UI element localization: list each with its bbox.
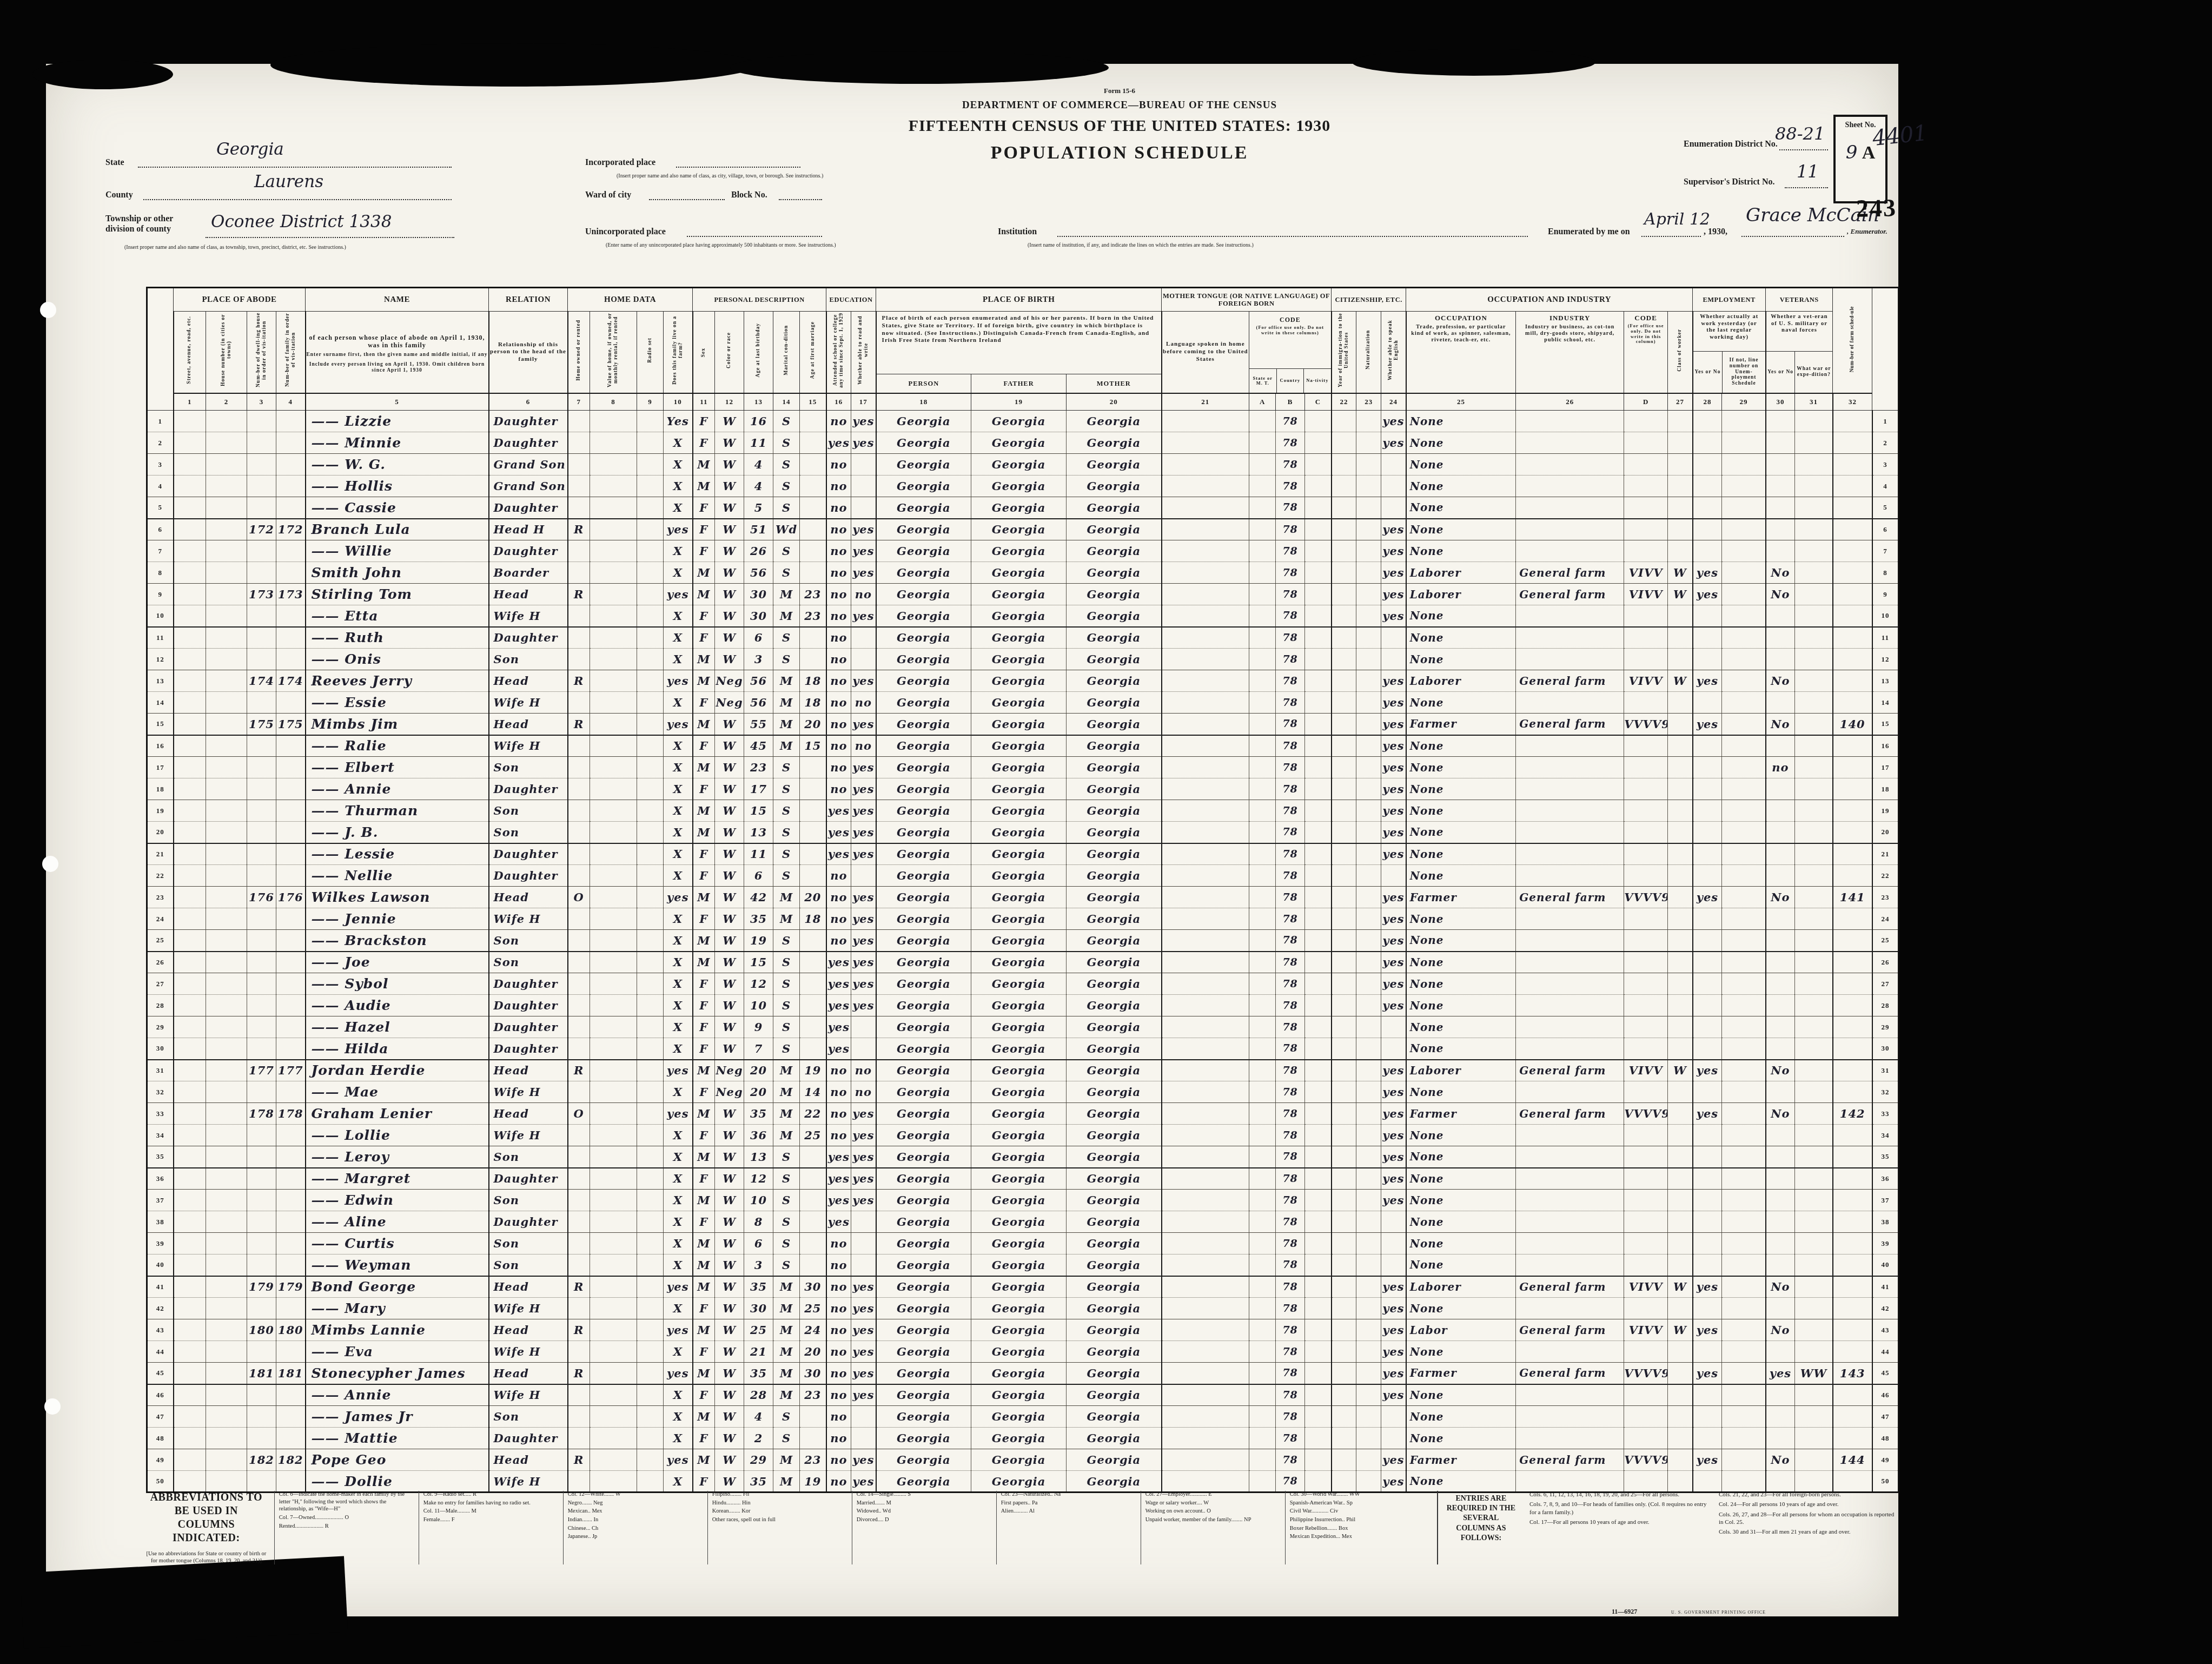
cell-dw <box>247 1341 276 1363</box>
cell-age: 30 <box>744 605 773 627</box>
cell-own: O <box>568 1103 590 1125</box>
cell-rw: yes <box>851 1146 876 1168</box>
cell-ind: General farm <box>1516 887 1624 908</box>
cell-rel: Wife H <box>489 1341 568 1363</box>
cell-work <box>1693 800 1722 822</box>
cell-hn <box>206 1341 247 1363</box>
cell-ln: 26 <box>147 952 174 973</box>
cell-rw <box>851 649 876 670</box>
cell-imm <box>1332 973 1356 995</box>
cell-war <box>1795 692 1833 714</box>
cell-vet <box>1766 1038 1795 1060</box>
cell-nat <box>1356 1168 1381 1190</box>
cell-codeD: VIVV <box>1624 1060 1668 1081</box>
cell-cC <box>1305 605 1332 627</box>
cell-vet <box>1766 1298 1795 1319</box>
column-veteran-yesno: Yes or No <box>1766 352 1795 393</box>
cell-nat <box>1356 822 1381 843</box>
cell-rw: yes <box>851 887 876 908</box>
cell-cA <box>1249 1276 1276 1298</box>
table-row: 23176176Wilkes LawsonHeadOyesMW42M20noye… <box>147 887 1899 908</box>
block-label: Block No. <box>731 190 767 200</box>
cell-cC <box>1305 1081 1332 1103</box>
cell-vet <box>1766 1233 1795 1254</box>
table-row: 1—— LizzieDaughterYesFW16SnoyesGeorgiaGe… <box>147 411 1899 432</box>
cell-bp: Georgia <box>876 1168 971 1190</box>
cell-bf: Georgia <box>971 1384 1067 1406</box>
entries-title: ENTRIES ARE REQUIRED IN THE SEVERAL COLU… <box>1437 1491 1522 1564</box>
cell-fam <box>276 757 306 778</box>
column-street: Street, avenue, road, etc. <box>174 312 206 394</box>
column-relation-description: Relationship of this person to the head … <box>489 312 568 394</box>
cell-agm: 18 <box>800 670 826 692</box>
abbreviation-item: Col. 30—World War........ WW <box>1290 1491 1425 1498</box>
cell-name: —— Minnie <box>306 432 489 454</box>
cell-imm <box>1332 735 1356 757</box>
cell-cC <box>1305 627 1332 649</box>
incorporated-line <box>676 167 800 168</box>
cell-age: 13 <box>744 1146 773 1168</box>
cell-bf: Georgia <box>971 540 1067 562</box>
cell-dw <box>247 1298 276 1319</box>
cell-st <box>174 540 206 562</box>
cell-nat <box>1356 432 1381 454</box>
cell-rel: Daughter <box>489 778 568 800</box>
cell-cC <box>1305 1406 1332 1428</box>
cell-rel: Head <box>489 670 568 692</box>
cell-imm <box>1332 1168 1356 1190</box>
cell-agm <box>800 1168 826 1190</box>
cell-vet <box>1766 411 1795 432</box>
cell-war <box>1795 1341 1833 1363</box>
cell-mar: S <box>773 1233 800 1254</box>
cell-lang <box>1162 1363 1249 1384</box>
cell-fs: 144 <box>1833 1449 1872 1471</box>
cell-cA <box>1249 1038 1276 1060</box>
table-row: 24—— JennieWife HXFW35M18noyesGeorgiaGeo… <box>147 908 1899 930</box>
cell-age: 29 <box>744 1449 773 1471</box>
cell-radio <box>637 822 664 843</box>
census-title: FIFTEENTH CENSUS OF THE UNITED STATES: 1… <box>773 117 1466 135</box>
cell-imm <box>1332 692 1356 714</box>
cell-eng: yes <box>1381 1103 1406 1125</box>
cell-imm <box>1332 1319 1356 1341</box>
cell-occ: None <box>1406 1211 1516 1233</box>
cell-cC <box>1305 865 1332 887</box>
column-number: 27 <box>1668 393 1693 411</box>
group-mother-tongue: MOTHER TONGUE (OR NATIVE LANGUAGE) OF FO… <box>1162 288 1332 312</box>
cell-eng: yes <box>1381 995 1406 1016</box>
cell-war <box>1795 778 1833 800</box>
cell-codeD <box>1624 605 1668 627</box>
cell-rw: yes <box>851 605 876 627</box>
cell-bp: Georgia <box>876 952 971 973</box>
cell-sch: yes <box>826 1190 851 1211</box>
cell-bf: Georgia <box>971 454 1067 476</box>
cell-bp: Georgia <box>876 540 971 562</box>
cell-ind <box>1516 1168 1624 1190</box>
cell-nat <box>1356 1103 1381 1125</box>
cell-sch: no <box>826 605 851 627</box>
column-marital: Marital con-dition <box>773 312 800 394</box>
cell-occ: None <box>1406 908 1516 930</box>
cell-sex: F <box>693 692 715 714</box>
cell-cls <box>1668 649 1693 670</box>
cell-bf: Georgia <box>971 757 1067 778</box>
cell-ind <box>1516 1471 1624 1493</box>
column-number: 21 <box>1162 393 1249 411</box>
abbreviation-item: Chinese... Ch <box>568 1525 703 1533</box>
cell-lang <box>1162 432 1249 454</box>
cell-name: —— Nellie <box>306 865 489 887</box>
cell-hn <box>206 540 247 562</box>
cell-codeD <box>1624 1298 1668 1319</box>
column-number: 17 <box>851 393 876 411</box>
cell-vet: yes <box>1766 1363 1795 1384</box>
cell-cC <box>1305 1319 1332 1341</box>
cell-hn <box>206 865 247 887</box>
line-number-column <box>147 288 174 411</box>
cell-rw <box>851 1233 876 1254</box>
cell-hn <box>206 908 247 930</box>
cell-sex: F <box>693 497 715 519</box>
cell-bf: Georgia <box>971 1125 1067 1146</box>
cell-lnr: 21 <box>1872 843 1899 865</box>
cell-eng <box>1381 1406 1406 1428</box>
cell-nat <box>1356 887 1381 908</box>
cell-bm: Georgia <box>1067 778 1162 800</box>
cell-lang <box>1162 1406 1249 1428</box>
cell-unemp <box>1722 1276 1766 1298</box>
cell-own <box>568 692 590 714</box>
cell-bm: Georgia <box>1067 649 1162 670</box>
entries-item: Cols. 6, 11, 12, 13, 14, 16, 18, 19, 20,… <box>1529 1491 1708 1498</box>
cell-bm: Georgia <box>1067 800 1162 822</box>
cell-codeD: VVVV98 <box>1624 887 1668 908</box>
abbreviation-item: Female....... F <box>423 1516 559 1524</box>
cell-ind <box>1516 735 1624 757</box>
cell-farm: X <box>664 1211 693 1233</box>
cell-agm <box>800 822 826 843</box>
cell-ln: 34 <box>147 1125 174 1146</box>
cell-lang <box>1162 1428 1249 1449</box>
cell-bp: Georgia <box>876 497 971 519</box>
cell-cC <box>1305 1254 1332 1276</box>
table-row: 31177177Jordan HerdieHeadRyesMNeg20M19no… <box>147 1060 1899 1081</box>
cell-bp: Georgia <box>876 1276 971 1298</box>
cell-farm: X <box>664 865 693 887</box>
cell-fs <box>1833 1428 1872 1449</box>
cell-race: W <box>715 1319 744 1341</box>
cell-farm: yes <box>664 887 693 908</box>
cell-dw <box>247 1038 276 1060</box>
cell-rel: Boarder <box>489 562 568 584</box>
cell-ln: 22 <box>147 865 174 887</box>
cell-val <box>590 1276 637 1298</box>
cell-farm: yes <box>664 1363 693 1384</box>
column-number: 6 <box>489 393 568 411</box>
group-place-of-abode: PLACE OF ABODE <box>174 288 306 312</box>
cell-work <box>1693 432 1722 454</box>
cell-sex: F <box>693 995 715 1016</box>
cell-cls <box>1668 1190 1693 1211</box>
cell-hn <box>206 692 247 714</box>
cell-ln: 45 <box>147 1363 174 1384</box>
cell-st <box>174 692 206 714</box>
cell-cC <box>1305 1125 1332 1146</box>
cell-cA <box>1249 1471 1276 1493</box>
punch-hole <box>44 1398 61 1415</box>
cell-val <box>590 930 637 952</box>
cell-bp: Georgia <box>876 692 971 714</box>
cell-st <box>174 670 206 692</box>
cell-bp: Georgia <box>876 1406 971 1428</box>
cell-hn <box>206 800 247 822</box>
cell-rel: Daughter <box>489 995 568 1016</box>
cell-imm <box>1332 1428 1356 1449</box>
cell-cC <box>1305 822 1332 843</box>
cell-cB: 78 <box>1276 692 1305 714</box>
cell-cls: W <box>1668 1060 1693 1081</box>
cell-age: 12 <box>744 973 773 995</box>
cell-name: —— Dollie <box>306 1471 489 1493</box>
cell-cC <box>1305 735 1332 757</box>
column-worked-yesterday: Yes or No <box>1693 352 1723 393</box>
cell-cA <box>1249 1363 1276 1384</box>
cell-occ: None <box>1406 1125 1516 1146</box>
cell-cC <box>1305 519 1332 540</box>
cell-ind: General farm <box>1516 584 1624 605</box>
cell-own <box>568 930 590 952</box>
cell-nat <box>1356 454 1381 476</box>
cell-bf: Georgia <box>971 714 1067 735</box>
cell-lang <box>1162 735 1249 757</box>
cell-lnr: 19 <box>1872 800 1899 822</box>
cell-cA <box>1249 1319 1276 1341</box>
cell-imm <box>1332 584 1356 605</box>
cell-sch: no <box>826 627 851 649</box>
cell-radio <box>637 1060 664 1081</box>
table-row: 28—— AudieDaughterXFW10SyesyesGeorgiaGeo… <box>147 995 1899 1016</box>
cell-work <box>1693 627 1722 649</box>
cell-bp: Georgia <box>876 1449 971 1471</box>
cell-occ: None <box>1406 952 1516 973</box>
cell-fam <box>276 411 306 432</box>
cell-bp: Georgia <box>876 995 971 1016</box>
cell-dw: 179 <box>247 1276 276 1298</box>
cell-vet: No <box>1766 1319 1795 1341</box>
cell-rel: Head <box>489 584 568 605</box>
cell-unemp <box>1722 1081 1766 1103</box>
cell-unemp <box>1722 995 1766 1016</box>
column-code-state: State or M. T. <box>1249 368 1276 393</box>
cell-name: —— Annie <box>306 778 489 800</box>
cell-lnr: 31 <box>1872 1060 1899 1081</box>
cell-mar: M <box>773 1341 800 1363</box>
cell-rel: Wife H <box>489 1384 568 1406</box>
cell-fs <box>1833 497 1872 519</box>
cell-sex: F <box>693 1471 715 1493</box>
cell-ln: 13 <box>147 670 174 692</box>
cell-bf: Georgia <box>971 908 1067 930</box>
cell-bp: Georgia <box>876 1081 971 1103</box>
cell-cA <box>1249 865 1276 887</box>
cell-unemp <box>1722 757 1766 778</box>
institution-label: Institution <box>998 227 1037 237</box>
cell-unemp <box>1722 584 1766 605</box>
cell-lang <box>1162 1298 1249 1319</box>
cell-st <box>174 995 206 1016</box>
cell-rel: Daughter <box>489 1016 568 1038</box>
cell-occ: None <box>1406 735 1516 757</box>
cell-occ: None <box>1406 605 1516 627</box>
cell-race: W <box>715 1146 744 1168</box>
cell-lang <box>1162 1319 1249 1341</box>
cell-rw <box>851 497 876 519</box>
cell-cA <box>1249 1406 1276 1428</box>
cell-dw <box>247 757 276 778</box>
cell-cls <box>1668 432 1693 454</box>
cell-bm: Georgia <box>1067 1298 1162 1319</box>
cell-ln: 1 <box>147 411 174 432</box>
cell-occ: None <box>1406 540 1516 562</box>
cell-farm: X <box>664 1168 693 1190</box>
abbreviation-item: Col. 11—Male......... M <box>423 1508 559 1515</box>
cell-name: —— Etta <box>306 605 489 627</box>
cell-fam <box>276 562 306 584</box>
cell-hn <box>206 1233 247 1254</box>
cell-name: —— Annie <box>306 1384 489 1406</box>
cell-sch: no <box>826 1471 851 1493</box>
cell-radio <box>637 476 664 497</box>
cell-occ: None <box>1406 1146 1516 1168</box>
cell-dw <box>247 432 276 454</box>
cell-rw: no <box>851 1081 876 1103</box>
cell-unemp <box>1722 1211 1766 1233</box>
cell-ln: 23 <box>147 887 174 908</box>
cell-cB: 78 <box>1276 1211 1305 1233</box>
abbreviation-item: Wage or salary worker.... W <box>1145 1500 1281 1507</box>
cell-bf: Georgia <box>971 692 1067 714</box>
cell-war <box>1795 843 1833 865</box>
cell-radio <box>637 1125 664 1146</box>
cell-age: 10 <box>744 1190 773 1211</box>
cell-cB: 78 <box>1276 1449 1305 1471</box>
cell-cC <box>1305 1384 1332 1406</box>
cell-lang <box>1162 757 1249 778</box>
cell-dw <box>247 735 276 757</box>
cell-occ: None <box>1406 1038 1516 1060</box>
cell-radio <box>637 930 664 952</box>
cell-nat <box>1356 519 1381 540</box>
cell-codeD <box>1624 1190 1668 1211</box>
cell-cB: 78 <box>1276 973 1305 995</box>
column-employment: Whether actually at work yesterday (or t… <box>1693 312 1766 394</box>
table-row: 33178178Graham LenierHeadOyesMW35M22noye… <box>147 1103 1899 1125</box>
cell-vet: No <box>1766 714 1795 735</box>
cell-farm: X <box>664 692 693 714</box>
cell-cB: 78 <box>1276 562 1305 584</box>
cell-occ: Labor <box>1406 1319 1516 1341</box>
cell-vet: No <box>1766 584 1795 605</box>
cell-work: yes <box>1693 670 1722 692</box>
cell-lang <box>1162 1103 1249 1125</box>
cell-own <box>568 843 590 865</box>
cell-ln: 46 <box>147 1384 174 1406</box>
cell-eng: yes <box>1381 843 1406 865</box>
cell-own <box>568 1341 590 1363</box>
cell-codeD <box>1624 843 1668 865</box>
cell-cA <box>1249 1103 1276 1125</box>
cell-radio <box>637 887 664 908</box>
cell-lnr: 35 <box>1872 1146 1899 1168</box>
column-veteran: Whether a vet-eran of U. S. military or … <box>1766 312 1833 394</box>
cell-age: 6 <box>744 627 773 649</box>
cell-eng <box>1381 497 1406 519</box>
table-row: 27—— SybolDaughterXFW12SyesyesGeorgiaGeo… <box>147 973 1899 995</box>
sheet-value-number: 9 <box>1846 142 1858 163</box>
cell-unemp <box>1722 800 1766 822</box>
cell-cA <box>1249 1211 1276 1233</box>
cell-lnr: 37 <box>1872 1190 1899 1211</box>
column-number: 9 <box>637 393 664 411</box>
cell-vet <box>1766 930 1795 952</box>
cell-bp: Georgia <box>876 670 971 692</box>
cell-war <box>1795 757 1833 778</box>
cell-unemp <box>1722 1233 1766 1254</box>
cell-occ: None <box>1406 649 1516 670</box>
cell-age: 13 <box>744 822 773 843</box>
abbreviation-column: Col. 6—Indicate the home-maker in each f… <box>274 1491 419 1564</box>
cell-rw: yes <box>851 757 876 778</box>
cell-bm: Georgia <box>1067 908 1162 930</box>
cell-ln: 47 <box>147 1406 174 1428</box>
cell-mar: S <box>773 1428 800 1449</box>
cell-race: W <box>715 995 744 1016</box>
cell-race: Neg <box>715 1060 744 1081</box>
cell-fs <box>1833 1341 1872 1363</box>
cell-cA <box>1249 476 1276 497</box>
cell-ind <box>1516 519 1624 540</box>
table-row: 12—— OnisSonXMW3SnoGeorgiaGeorgiaGeorgia… <box>147 649 1899 670</box>
cell-bp: Georgia <box>876 649 971 670</box>
cell-age: 35 <box>744 908 773 930</box>
cell-name: —— Mae <box>306 1081 489 1103</box>
cell-age: 45 <box>744 735 773 757</box>
cell-ind <box>1516 411 1624 432</box>
cell-farm: X <box>664 627 693 649</box>
cell-sch: no <box>826 735 851 757</box>
cell-st <box>174 1103 206 1125</box>
county-line <box>143 199 452 200</box>
cell-lnr: 40 <box>1872 1254 1899 1276</box>
cell-cA <box>1249 1341 1276 1363</box>
cell-work: yes <box>1693 1363 1722 1384</box>
cell-mar: S <box>773 1190 800 1211</box>
cell-ln: 8 <box>147 562 174 584</box>
cell-mar: S <box>773 1406 800 1428</box>
cell-sex: M <box>693 822 715 843</box>
cell-fs <box>1833 778 1872 800</box>
column-immigration-year: Year of immigra-tion to the United State… <box>1332 312 1356 394</box>
cell-mar: M <box>773 1449 800 1471</box>
cell-vet <box>1766 1211 1795 1233</box>
cell-unemp <box>1722 1146 1766 1168</box>
cell-sch: yes <box>826 843 851 865</box>
cell-rw: yes <box>851 1125 876 1146</box>
cell-mar: S <box>773 649 800 670</box>
cell-cA <box>1249 1449 1276 1471</box>
